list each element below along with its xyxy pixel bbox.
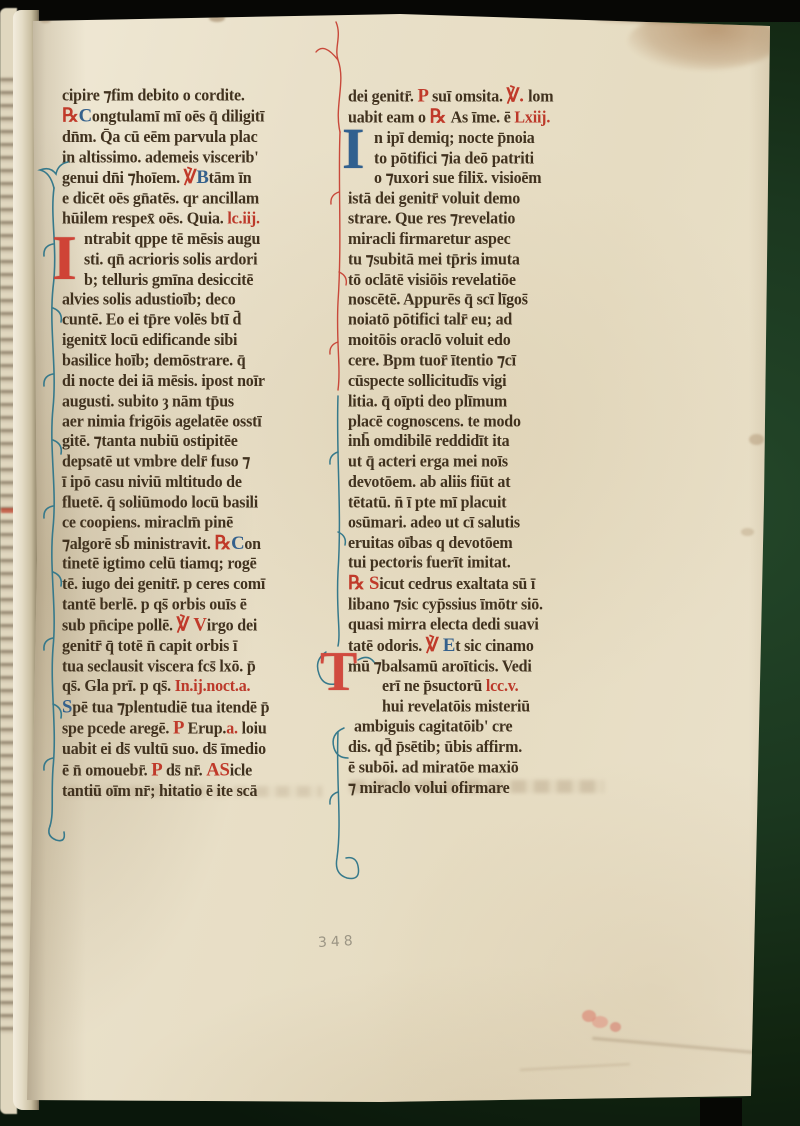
manuscript-line: tantē berlē. p qs̄ orbis ouīs ē xyxy=(62,595,338,615)
manuscript-line: ce coopiens. miraclm̄ pinē xyxy=(62,513,338,533)
manuscript-line: cuntē. Eo ei tp̄re volēs btī d̄ xyxy=(62,311,338,331)
manuscript-line: dn̄m. Q̄a cū eēm parvula plac xyxy=(62,128,338,148)
manuscript-line: Spē tua ⁊plentudiē tua itendē p̄ xyxy=(62,697,338,718)
manuscript-line: noscētē. Appurēs q̄ scī līgos̄ xyxy=(348,290,624,310)
manuscript-line: placē cognoscens. te modo xyxy=(348,412,624,432)
manuscript-line: inh̄ omdibilē reddidīt ita xyxy=(348,432,624,452)
manuscript-line: miracli firmaretur aspec xyxy=(348,230,624,250)
manuscript-line: sti. qn̄ acrioris solis ardori xyxy=(62,250,338,270)
manuscript-line: augusti. subito ȝ nām tp̄us xyxy=(62,392,338,412)
manuscript-line: o ⁊uxori sue filix̄. visioēm xyxy=(348,169,624,189)
illuminated-initial-red-i: I xyxy=(52,226,77,290)
manuscript-line: ntrabit qppe tē mēsis augu xyxy=(62,230,338,250)
manuscript-line: ē n̄ omouebr̄. P ds̄ nr̄. ASicle xyxy=(62,760,338,781)
manuscript-line: hūilem respex̄ oēs. Quia. lc.iij. xyxy=(62,209,338,229)
manuscript-line: di nocte dei iā mēsis. ipost noīr xyxy=(62,371,338,391)
manuscript-line: tinetē igtimo celū tiamq; rogē xyxy=(62,555,338,575)
manuscript-line: sub pn̄cipe pollē. ℣ Virgo dei xyxy=(62,615,338,636)
manuscript-line: n ipī demiq; nocte p̄noia xyxy=(348,129,624,149)
manuscript-line: depsatē ut vmbre delr̄ fuso ⁊ xyxy=(62,452,338,472)
manuscript-line: uabit eam o ℞ As īme. ē Lxiij. xyxy=(348,107,624,128)
manuscript-line: ut q̄ acteri erga mei noīs xyxy=(348,452,624,472)
illuminated-initial-red-t: T xyxy=(320,644,357,700)
manuscript-line: istā dei genitr̄ voluit demo xyxy=(348,189,624,209)
manuscript-line: tui pectoris fuerīt imitat. xyxy=(348,554,624,574)
manuscript-line: cere. Bpm tuor̄ ītentio ⁊cī xyxy=(348,351,624,371)
red-ink-smudge xyxy=(578,1006,626,1034)
manuscript-photo: { "page": { "folio_number": "348", "colo… xyxy=(0,0,800,1126)
manuscript-line: ē subōi. ad miratōe maxiō xyxy=(348,758,624,778)
manuscript-line: in altissimo. ademeis viscerib' xyxy=(62,148,338,168)
manuscript-line: ⁊algorē sb̄ ministravit. ℞Con xyxy=(62,533,338,554)
manuscript-line: strare. Que res ⁊revelatio xyxy=(348,209,624,229)
manuscript-line: igenitx̄ locū edificande sibi xyxy=(62,331,338,351)
manuscript-line: tē. iugo dei genitr̄. p ceres comī xyxy=(62,575,338,595)
page-crease xyxy=(592,1037,758,1054)
stain-speck xyxy=(741,528,754,536)
manuscript-line: uabit ei ds̄ vultū suo. ds̄ īmedio xyxy=(62,740,338,760)
manuscript-line: ℞ Sicut cedrus exaltata sū ī xyxy=(348,574,624,595)
manuscript-line: e dicēt oēs gn̄atēs. qr ancillam xyxy=(62,189,338,209)
manuscript-line: osūmari. adeo ut cī salutis xyxy=(348,513,624,533)
manuscript-line: ī ipō casu niviū mltitudo de xyxy=(62,473,338,493)
manuscript-line: genitr̄ q̄ totē n̄ capit orbis ī xyxy=(62,637,338,657)
manuscript-line: b; telluris gmīna desiccitē xyxy=(62,270,338,290)
manuscript-line: dei genitr̄. P suī omsita. ℣. lom xyxy=(348,86,624,107)
manuscript-line: tētatū. n̄ ī pte mī placuit xyxy=(348,493,624,513)
manuscript-line: basilice hoīb; demōstrare. q̄ xyxy=(62,351,338,371)
manuscript-line: ℞Congtulamī mī oēs q̄ diligitī xyxy=(62,106,338,127)
manuscript-line: devotōem. ab aliis fiūt at xyxy=(348,473,624,493)
stain-speck xyxy=(749,434,764,445)
page-crease xyxy=(520,1063,630,1071)
text-column-right: dei genitr̄. P suī omsita. ℣. lomuabit e… xyxy=(348,86,624,799)
manuscript-line: to pōtifici ⁊ia deō patriti xyxy=(348,149,624,169)
manuscript-line: alvies solis adustioīb; deco xyxy=(62,290,338,310)
manuscript-line: tō oclātē visiōis revelatiōe xyxy=(348,270,624,290)
manuscript-line: tantiū oīm nr̄; hitatio ē ite scā xyxy=(62,781,338,801)
manuscript-line: tatē odoris. ℣ Et sic cinamo xyxy=(348,636,624,657)
text-column-left: cipire ⁊fim debito o cordite.℞Congtulamī… xyxy=(62,86,338,802)
illuminated-initial-blue-i: I xyxy=(342,120,365,178)
manuscript-line: genui dn̄i ⁊hoīem. ℣Btām īn xyxy=(62,168,338,189)
manuscript-line: eruitas oības q devotōem xyxy=(348,533,624,553)
manuscript-line: moitōis oraclō voluit edo xyxy=(348,331,624,351)
folio-number: 348 xyxy=(318,933,358,951)
backdrop-notch xyxy=(700,1098,742,1126)
manuscript-line: erī ne p̄suctorū lcc.v. xyxy=(348,677,624,697)
manuscript-line: litia. q̄ oīpti deo plīmum xyxy=(348,392,624,412)
manuscript-line: qs̄. Gla prī. p qs̄. In.ij.noct.a. xyxy=(62,677,338,697)
manuscript-line: mū ⁊balsamū aroīticis. Vedi xyxy=(348,657,624,677)
manuscript-line: cūspecte sollicitudīs vigi xyxy=(348,371,624,391)
manuscript-line: hui revelatōis misteriū xyxy=(348,697,624,717)
manuscript-line: ⁊ miraclo volui ofirmare xyxy=(348,778,624,798)
manuscript-line: gitē. ⁊tanta nubiū ostipitēe xyxy=(62,432,338,452)
manuscript-line: tu ⁊subitā mei tp̄ris imuta xyxy=(348,250,624,270)
manuscript-line: dis. qd̄ p̄sētib; ūbis affirm. xyxy=(348,738,624,758)
manuscript-line: fluetē. q̄ soliūmodo locū basili xyxy=(62,493,338,513)
manuscript-line: ambiguis cagitatōib' cre xyxy=(348,718,624,738)
manuscript-line: tua seclausit viscera fcs̄ lxō. p̄ xyxy=(62,657,338,677)
manuscript-line: libano ⁊sic cyp̄ssius īmōtr siō. xyxy=(348,595,624,615)
manuscript-line: cipire ⁊fim debito o cordite. xyxy=(62,86,338,106)
manuscript-line: aer nimia frigōis agelatēe osstī xyxy=(62,412,338,432)
manuscript-line: spe pcede aregē. P Erup.a. loiu xyxy=(62,719,338,740)
manuscript-page: I I T cipire ⁊fim debito o cordite.℞Cong… xyxy=(0,0,800,1126)
manuscript-line: noiatō pōtifici talr̄ eu; ad xyxy=(348,311,624,331)
manuscript-line: quasi mirra electa dedi suavi xyxy=(348,615,624,635)
